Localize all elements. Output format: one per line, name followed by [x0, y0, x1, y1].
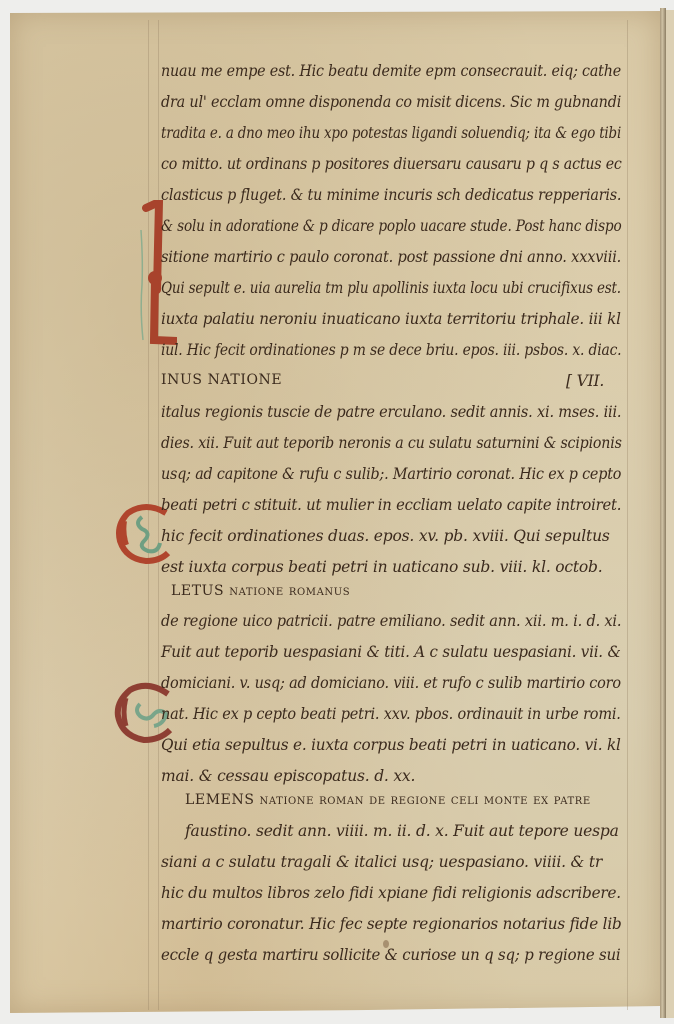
- text-line: hic du multos libros zelo fidi xpiane fi…: [161, 884, 621, 902]
- text-line: hic fecit ordinationes duas. epos. xv. p…: [161, 527, 610, 545]
- text-line: dra ul' ecclam omne disponenda co misit …: [161, 93, 621, 111]
- text-line: martirio coronatur. Hic fec septe region…: [161, 915, 622, 933]
- adjacent-leaf-edge: [666, 10, 674, 1018]
- text-line: de regione uico patricii. patre emiliano…: [161, 612, 621, 630]
- text-line: siani a c sulatu tragali & italici usq; …: [161, 853, 602, 871]
- text-line: eccle q gesta martiru sollicite & curios…: [161, 946, 620, 964]
- text-line: co mitto. ut ordinans p positores diuers…: [161, 155, 622, 173]
- text-line: tradita e. a dno meo ihu xpo potestas li…: [161, 124, 621, 142]
- ink-spot: [383, 940, 389, 948]
- text-line: Qui sepult e. uia aurelia tm plu apollin…: [161, 279, 621, 297]
- text-line: usq; ad capitone & rufu c sulib;. Martir…: [161, 465, 621, 483]
- pontificate-number: [ VII.: [566, 372, 604, 390]
- text-line: clasticus p fluget. & tu minime incuris …: [161, 186, 621, 204]
- text-line: nuau me empe est. Hic beatu demite epm c…: [161, 62, 621, 80]
- text-line: beati petri c stituit. ut mulier in eccl…: [161, 496, 621, 514]
- text-line: italus regionis tuscie de patre erculano…: [161, 403, 621, 421]
- section-heading-clemens: LEMENS natione roman de regione celi mon…: [185, 792, 591, 808]
- text-line: iuxta palatiu neroniu inuaticano iuxta t…: [161, 310, 621, 328]
- text-line: dies. xii. Fuit aut teporib neronis a cu…: [161, 434, 622, 452]
- text-line: Fuit aut teporib uespasiani & titi. A c …: [161, 643, 621, 661]
- section-heading-linus: INUS NATIONE: [161, 372, 282, 388]
- text-line: faustino. sedit ann. viiii. m. ii. d. x.…: [185, 822, 619, 840]
- text-line: nat. Hic ex p cepto beati petri. xxv. pb…: [161, 705, 621, 723]
- text-line: & solu in adoratione & p dicare poplo ua…: [161, 217, 621, 235]
- text-line: domiciani. v. usq; ad domiciano. viii. e…: [161, 674, 621, 692]
- text-line: mai. & cessau episcopatus. d. xx.: [161, 767, 415, 785]
- text-line: est iuxta corpus beati petri in uaticano…: [161, 558, 603, 576]
- text-line: sitione martirio c paulo coronat. post p…: [161, 248, 621, 266]
- text-line: iul. Hic fecit ordinationes p m se dece …: [161, 341, 621, 359]
- ruling-line-right: [627, 20, 628, 1010]
- text-line: Qui etia sepultus e. iuxta corpus beati …: [161, 736, 621, 754]
- section-heading-cletus: LETUS natione romanus: [171, 583, 350, 599]
